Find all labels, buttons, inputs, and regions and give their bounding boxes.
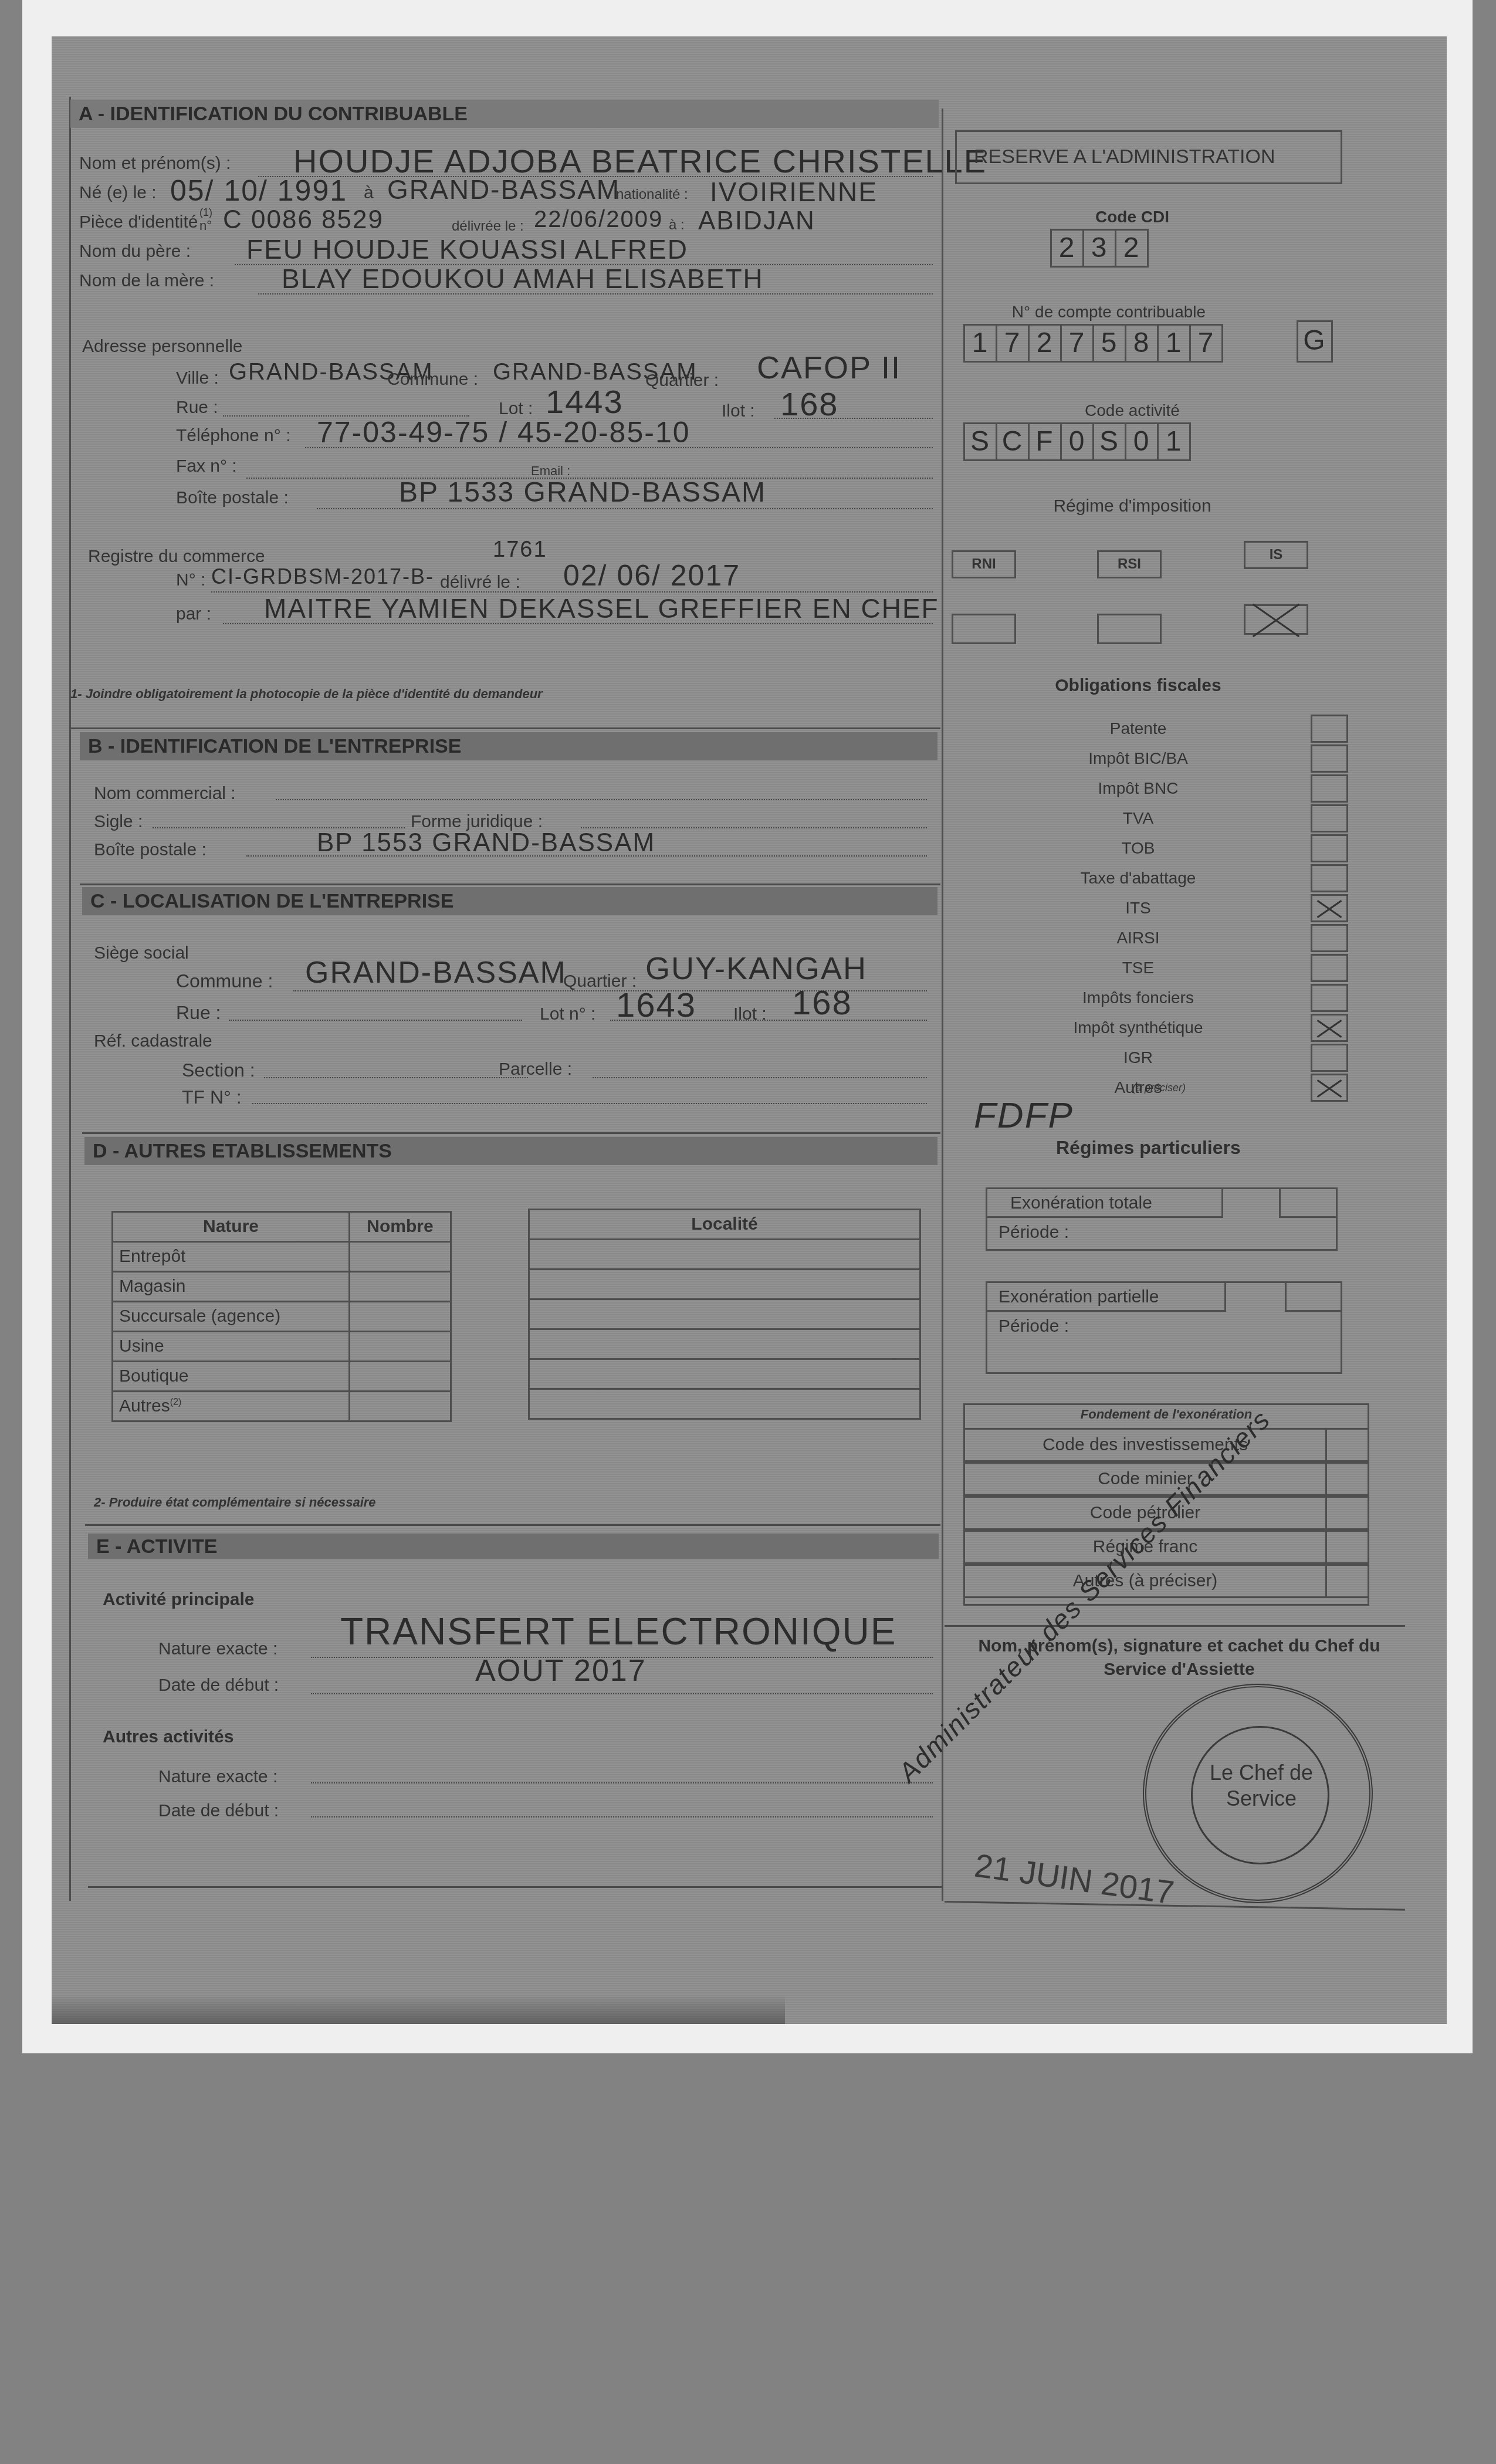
piece-value: C 0086 8529 bbox=[223, 205, 384, 235]
nombre-cell[interactable] bbox=[350, 1242, 451, 1272]
obligation-label: Impôt synthétique bbox=[1009, 1018, 1267, 1037]
fondement-row: Code minier bbox=[963, 1462, 1327, 1496]
exo-totale-periode: Période : bbox=[999, 1223, 1069, 1243]
fax-label: Fax n° : bbox=[176, 456, 237, 476]
delivree-label: délivrée le : bbox=[452, 218, 524, 235]
tel-label: Téléphone n° : bbox=[176, 426, 290, 446]
tf-label: TF N° : bbox=[182, 1087, 242, 1108]
c-lot-label: Lot n° : bbox=[540, 1004, 595, 1024]
exo-partielle-label: Exonération partielle bbox=[999, 1287, 1159, 1307]
localite-table: Localité bbox=[528, 1209, 921, 1420]
table-row: Boutique bbox=[113, 1362, 451, 1392]
lieu-value: GRAND-BASSAM bbox=[387, 174, 620, 205]
autres-date-label: Date de début : bbox=[158, 1801, 279, 1821]
nature-cell: Entrepôt bbox=[113, 1242, 350, 1272]
piece-no-label: n° bbox=[199, 218, 212, 233]
section-d-top-rule bbox=[82, 1132, 940, 1134]
c-commune-value: GRAND-BASSAM bbox=[305, 955, 567, 990]
signature-top-rule bbox=[945, 1625, 1405, 1627]
nature-cell: Boutique bbox=[113, 1362, 350, 1392]
section-a-header: A - IDENTIFICATION DU CONTRIBUABLE bbox=[70, 100, 939, 128]
section-label: Section : bbox=[182, 1060, 255, 1081]
nombre-cell[interactable] bbox=[350, 1332, 451, 1362]
table-row bbox=[529, 1359, 920, 1389]
activite-digit: 0 bbox=[1125, 422, 1159, 461]
c-commune-label: Commune : bbox=[176, 970, 273, 992]
obligation-checkbox[interactable] bbox=[1311, 1044, 1348, 1072]
obligation-label: IGR bbox=[1009, 1048, 1267, 1067]
col-localite: Localité bbox=[529, 1210, 920, 1240]
section-e-bottom-rule bbox=[88, 1886, 942, 1888]
nature-cell: Autres(2) bbox=[113, 1392, 350, 1421]
table-row: Usine bbox=[113, 1332, 451, 1362]
nature-cell: Magasin bbox=[113, 1272, 350, 1302]
adresse-title: Adresse personnelle bbox=[82, 337, 243, 357]
autres-nature-line bbox=[311, 1782, 933, 1783]
obligation-label: Impôt BIC/BA bbox=[1009, 749, 1267, 768]
obligation-checkbox[interactable] bbox=[1311, 864, 1348, 892]
nom-label: Nom et prénom(s) : bbox=[79, 154, 231, 174]
ne-value: 05/ 10/ 1991 bbox=[170, 174, 347, 208]
rc-par-value: MAITRE YAMIEN DEKASSEL GREFFIER EN CHEF bbox=[264, 593, 939, 624]
fondement-row: Code des investissements bbox=[963, 1428, 1327, 1462]
obligation-label: AIRSI bbox=[1009, 929, 1267, 947]
section-d-header: D - AUTRES ETABLISSEMENTS bbox=[84, 1137, 937, 1165]
fondement-row: Autres (à préciser) bbox=[963, 1564, 1327, 1598]
admin-title: RESERVE A L'ADMINISTRATION bbox=[974, 145, 1275, 168]
section-e-header: E - ACTIVITE bbox=[88, 1534, 939, 1559]
c-lot-value: 1643 bbox=[616, 986, 696, 1025]
activite-digit: C bbox=[996, 422, 1030, 461]
regime-rni-label: RNI bbox=[952, 550, 1016, 578]
nature-cell: Usine bbox=[113, 1332, 350, 1362]
obligation-label: Patente bbox=[1009, 719, 1267, 738]
obligation-label: Impôts fonciers bbox=[1009, 989, 1267, 1007]
localite-cell[interactable] bbox=[529, 1299, 920, 1329]
pere-value: FEU HOUDJE KOUASSI ALFRED bbox=[246, 233, 688, 265]
parcelle-label: Parcelle : bbox=[499, 1060, 572, 1079]
autres-note: (à préciser) bbox=[1132, 1082, 1186, 1094]
section-e-top-rule bbox=[85, 1524, 940, 1526]
nom-commercial-line bbox=[276, 799, 927, 800]
cdi-digit: 3 bbox=[1082, 229, 1116, 268]
bp-b-line bbox=[246, 855, 927, 857]
compte-digit: 8 bbox=[1125, 324, 1159, 363]
tel-line bbox=[305, 447, 933, 448]
date-debut-value: AOUT 2017 bbox=[475, 1653, 647, 1688]
table-row: Autres(2) bbox=[113, 1392, 451, 1421]
obligation-label: TOB bbox=[1009, 839, 1267, 858]
delivree-value: 22/06/2009 bbox=[534, 207, 663, 233]
localite-cell[interactable] bbox=[529, 1329, 920, 1359]
c-quartier-value: GUY-KANGAH bbox=[645, 950, 867, 987]
activite-digit: S bbox=[963, 422, 997, 461]
obligation-checkbox[interactable] bbox=[1311, 834, 1348, 862]
ville-label: Ville : bbox=[176, 368, 219, 388]
delivree-a-label: à : bbox=[669, 217, 685, 233]
sigle-label: Sigle : bbox=[94, 812, 143, 832]
nationalite-label: nationalité : bbox=[616, 187, 688, 203]
table-row bbox=[529, 1389, 920, 1419]
autres-date-line bbox=[311, 1816, 933, 1817]
section-a-footnote: 1- Joindre obligatoirement la photocopie… bbox=[70, 686, 543, 702]
delivree-a-value: ABIDJAN bbox=[698, 207, 815, 236]
regime-label: Régime d'imposition bbox=[1033, 496, 1232, 516]
tel-value: 77-03-49-75 / 45-20-85-10 bbox=[317, 415, 691, 449]
compte-digit: 1 bbox=[963, 324, 997, 363]
registre-title: Registre du commerce bbox=[88, 547, 265, 567]
date-debut-label: Date de début : bbox=[158, 1676, 279, 1695]
code-cdi-boxes: 232 bbox=[1050, 229, 1147, 268]
obligation-checkbox[interactable] bbox=[1311, 774, 1348, 803]
obligation-checkbox[interactable] bbox=[1311, 984, 1348, 1012]
table-row bbox=[529, 1270, 920, 1299]
obligation-label: Impôt BNC bbox=[1009, 779, 1267, 798]
quartier-label: Quartier : bbox=[645, 371, 719, 391]
cdi-digit: 2 bbox=[1115, 229, 1149, 268]
autres-activites-title: Autres activités bbox=[103, 1727, 233, 1747]
regimes-particuliers-label: Régimes particuliers bbox=[1056, 1137, 1241, 1159]
c-ilot-value: 168 bbox=[792, 983, 852, 1023]
parcelle-line bbox=[593, 1077, 927, 1078]
compte-digit: 7 bbox=[1189, 324, 1223, 363]
bp-line bbox=[317, 508, 933, 509]
localite-cell[interactable] bbox=[529, 1270, 920, 1299]
fondement-checkbox[interactable] bbox=[1325, 1428, 1369, 1462]
exo-partielle-periode: Période : bbox=[999, 1316, 1069, 1336]
commune-label: Commune : bbox=[387, 370, 478, 390]
c-rue-line bbox=[229, 1020, 522, 1021]
scan-shadow bbox=[52, 1995, 785, 2024]
ilot-label: Ilot : bbox=[722, 401, 755, 421]
nature-exacte-label: Nature exacte : bbox=[158, 1639, 277, 1659]
compte-label: N° de compte contribuable bbox=[962, 303, 1255, 321]
activite-digit: S bbox=[1092, 422, 1126, 461]
mere-label: Nom de la mère : bbox=[79, 271, 214, 291]
activite-digit: F bbox=[1028, 422, 1062, 461]
obligation-label: TSE bbox=[1009, 959, 1267, 977]
bp-b-label: Boîte postale : bbox=[94, 840, 207, 860]
ne-label: Né (e) le : bbox=[79, 183, 157, 203]
ref-title: Réf. cadastrale bbox=[94, 1031, 212, 1051]
nationalite-value: IVOIRIENNE bbox=[710, 176, 878, 208]
col-nature: Nature bbox=[113, 1212, 350, 1242]
table-row: Magasin bbox=[113, 1272, 451, 1302]
col-nombre: Nombre bbox=[350, 1212, 451, 1242]
bp-b-value: BP 1553 GRAND-BASSAM bbox=[317, 828, 655, 858]
table-row: Succursale (agence) bbox=[113, 1302, 451, 1332]
localite-cell[interactable] bbox=[529, 1389, 920, 1419]
obligation-checkbox[interactable] bbox=[1311, 804, 1348, 832]
exo-totale-label: Exonération totale bbox=[1010, 1193, 1152, 1213]
bp-value: BP 1533 GRAND-BASSAM bbox=[399, 476, 766, 509]
autres-nature-label: Nature exacte : bbox=[158, 1767, 277, 1787]
table-row bbox=[529, 1329, 920, 1359]
fondement-checkbox[interactable] bbox=[1325, 1564, 1369, 1598]
fondement-checkbox[interactable] bbox=[1325, 1462, 1369, 1496]
quartier-value: CAFOP II bbox=[757, 350, 901, 386]
activite-principale-title: Activité principale bbox=[103, 1590, 254, 1610]
cdi-digit: 2 bbox=[1050, 229, 1084, 268]
nombre-cell[interactable] bbox=[350, 1272, 451, 1302]
section-b-top-rule bbox=[69, 727, 940, 729]
obligation-checkbox[interactable] bbox=[1311, 894, 1348, 922]
nombre-cell[interactable] bbox=[350, 1302, 451, 1332]
obligation-label: ITS bbox=[1009, 899, 1267, 918]
autres-handwritten: FDFP bbox=[974, 1095, 1074, 1136]
regime-is-checkbox[interactable] bbox=[1244, 604, 1308, 635]
left-border bbox=[69, 97, 71, 1901]
rc-delivre-label: délivré le : bbox=[440, 573, 520, 593]
section-b-header: B - IDENTIFICATION DE L'ENTREPRISE bbox=[80, 732, 937, 760]
compte-key-box: G bbox=[1297, 320, 1333, 363]
rc-no-label: N° : bbox=[176, 570, 205, 590]
compte-digit: 2 bbox=[1028, 324, 1062, 363]
obligations-label: Obligations fiscales bbox=[1044, 676, 1232, 696]
tf-line bbox=[252, 1103, 927, 1104]
ne-a-label: à bbox=[364, 183, 374, 203]
obligation-label: Taxe d'abattage bbox=[1009, 869, 1267, 888]
rc-no-value: CI-GRDBSM-2017-B- bbox=[211, 564, 434, 589]
activite-digit: 1 bbox=[1157, 422, 1191, 461]
stamp-inner-text: Le Chef de Service bbox=[1203, 1760, 1320, 1812]
siege-title: Siège social bbox=[94, 943, 189, 963]
obligation-checkbox[interactable] bbox=[1311, 1074, 1348, 1102]
obligation-checkbox[interactable] bbox=[1311, 1014, 1348, 1042]
table-row bbox=[529, 1299, 920, 1329]
mere-line bbox=[258, 293, 933, 295]
nature-exacte-value: TRANSFERT ELECTRONIQUE bbox=[340, 1610, 896, 1653]
date-debut-line bbox=[311, 1693, 933, 1694]
exo-totale-checkbox[interactable] bbox=[1279, 1187, 1338, 1218]
table-row: Entrepôt bbox=[113, 1242, 451, 1272]
activite-boxes: SCF0S01 bbox=[963, 422, 1189, 461]
table-row bbox=[529, 1240, 920, 1270]
fondement-title: Fondement de l'exonération bbox=[963, 1407, 1369, 1422]
obligation-checkbox[interactable] bbox=[1311, 744, 1348, 773]
regime-rsi-checkbox[interactable] bbox=[1097, 614, 1162, 644]
pere-label: Nom du père : bbox=[79, 242, 191, 262]
regime-rsi-label: RSI bbox=[1097, 550, 1162, 578]
regime-rni-checkbox[interactable] bbox=[952, 614, 1016, 644]
activite-label: Code activité bbox=[1033, 401, 1232, 420]
ilot-line bbox=[774, 418, 933, 419]
fondement-checkbox[interactable] bbox=[1325, 1530, 1369, 1564]
section-line bbox=[264, 1077, 528, 1078]
obligation-checkbox[interactable] bbox=[1311, 715, 1348, 743]
mere-value: BLAY EDOUKOU AMAH ELISABETH bbox=[282, 263, 764, 295]
bp-label: Boîte postale : bbox=[176, 488, 289, 508]
rc-par-line bbox=[223, 623, 933, 624]
nombre-cell[interactable] bbox=[350, 1392, 451, 1421]
obligation-checkbox[interactable] bbox=[1311, 954, 1348, 982]
localite-cell[interactable] bbox=[529, 1240, 920, 1270]
compte-digit: 5 bbox=[1092, 324, 1126, 363]
etablissements-table: Nature Nombre EntrepôtMagasinSuccursale … bbox=[111, 1211, 452, 1422]
nature-cell: Succursale (agence) bbox=[113, 1302, 350, 1332]
rc-no-suffix: 1761 bbox=[493, 537, 547, 563]
localite-cell[interactable] bbox=[529, 1359, 920, 1389]
c-ilot-label: Ilot : bbox=[733, 1004, 767, 1024]
rue-label: Rue : bbox=[176, 398, 218, 418]
compte-digit: 7 bbox=[996, 324, 1030, 363]
compte-digit: 7 bbox=[1060, 324, 1094, 363]
obligation-label: TVA bbox=[1009, 809, 1267, 828]
fondement-checkbox[interactable] bbox=[1325, 1496, 1369, 1530]
code-cdi-label: Code CDI bbox=[1044, 208, 1220, 226]
nombre-cell[interactable] bbox=[350, 1362, 451, 1392]
piece-label: Pièce d'identité bbox=[79, 212, 198, 232]
section-c-header: C - LOCALISATION DE L'ENTREPRISE bbox=[82, 887, 937, 915]
c-lot-line bbox=[610, 1020, 927, 1021]
exo-partielle-checkbox[interactable] bbox=[1285, 1281, 1342, 1312]
c-rue-label: Rue : bbox=[176, 1002, 221, 1024]
section-c-top-rule bbox=[80, 884, 940, 885]
compte-digit: 1 bbox=[1157, 324, 1191, 363]
regime-is-label: IS bbox=[1244, 541, 1308, 569]
column-divider bbox=[942, 109, 943, 1901]
activite-digit: 0 bbox=[1060, 422, 1094, 461]
rc-delivre-value: 02/ 06/ 2017 bbox=[563, 559, 740, 593]
piece-superscript: (1) bbox=[199, 207, 212, 219]
rc-par-label: par : bbox=[176, 604, 211, 624]
section-d-footnote: 2- Produire état complémentaire si néces… bbox=[94, 1495, 376, 1510]
obligation-checkbox[interactable] bbox=[1311, 924, 1348, 952]
compte-boxes: 17275817 bbox=[963, 324, 1221, 363]
nom-commercial-label: Nom commercial : bbox=[94, 784, 236, 804]
